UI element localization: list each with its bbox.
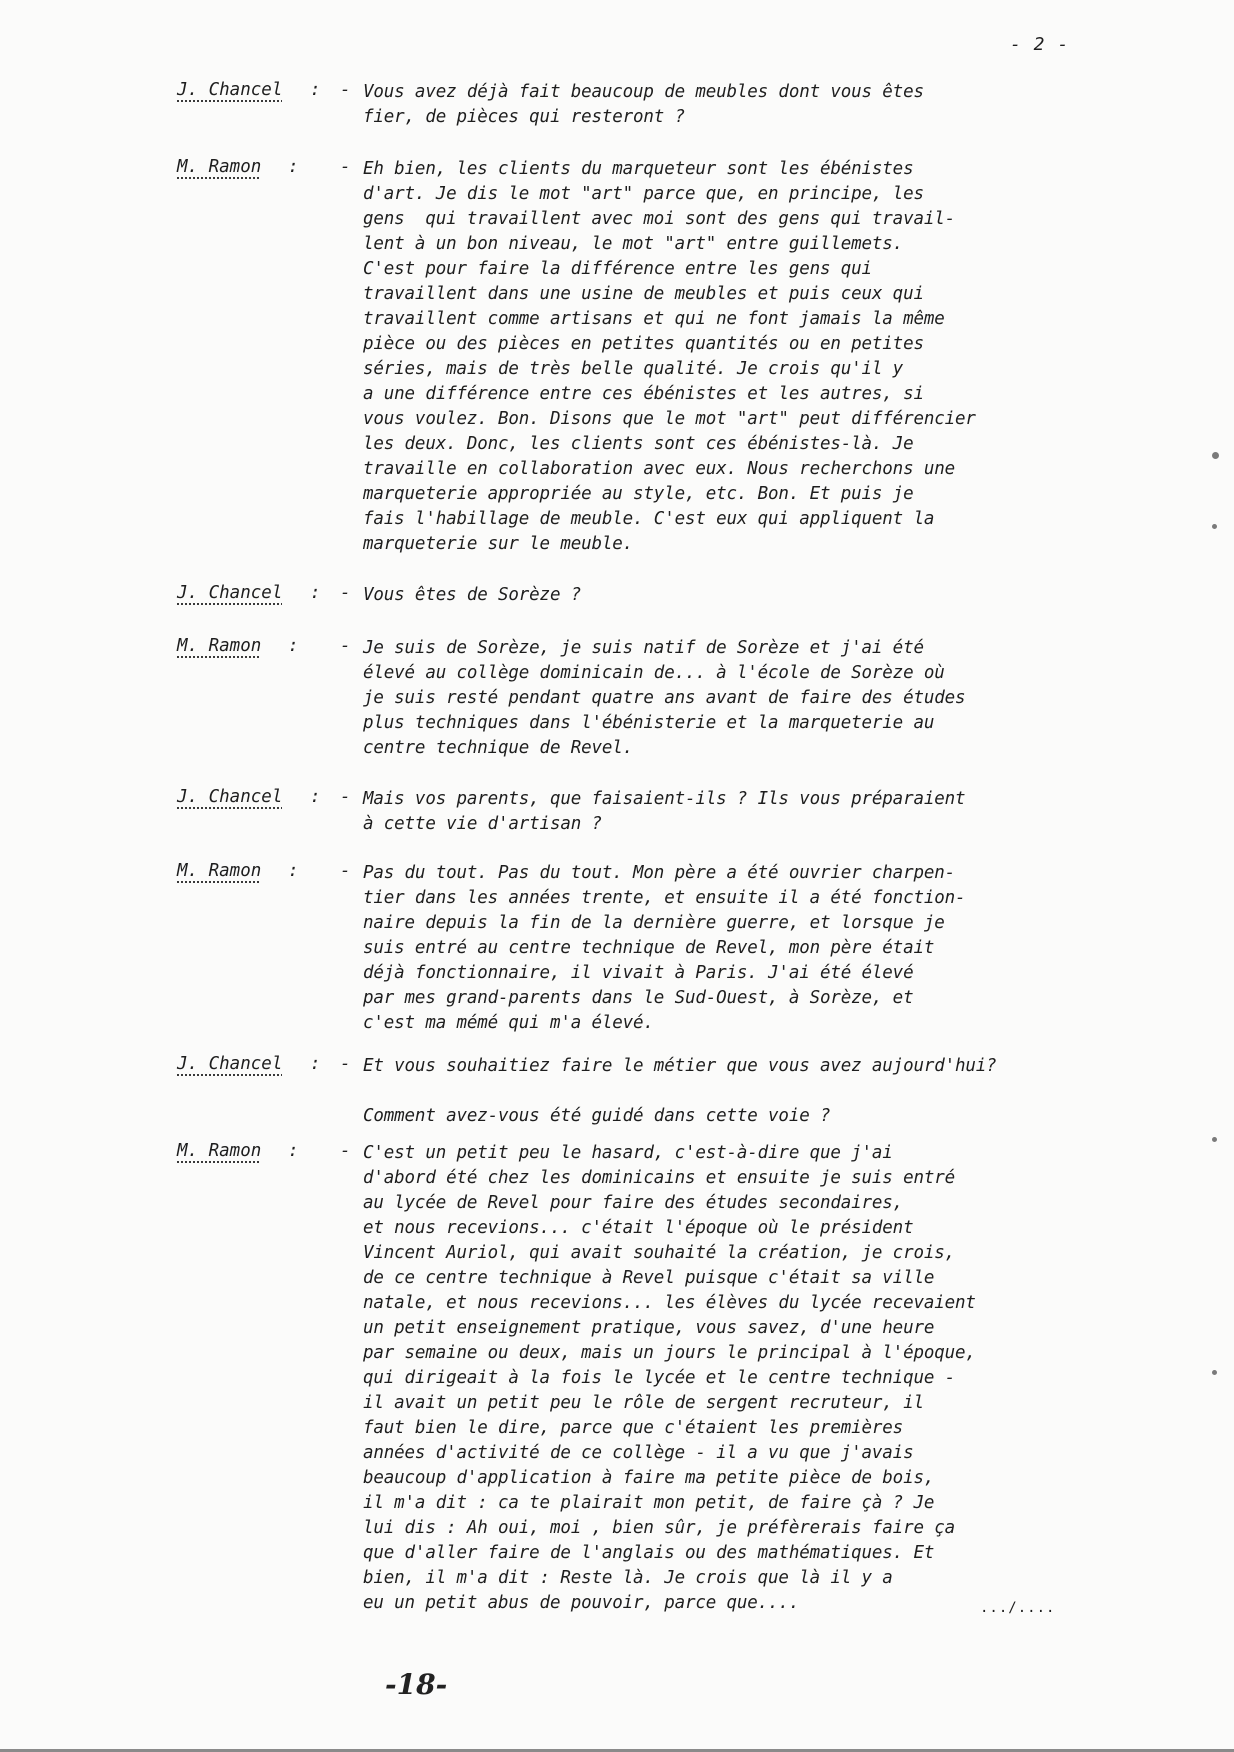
speech-line: Comment avez-vous été guidé dans cette v… <box>363 1104 997 1129</box>
speaker-label: J. Chancel <box>177 1054 282 1074</box>
speech-text: Pas du tout. Pas du tout. Mon père a été… <box>363 861 965 1036</box>
dialogue-dash: - <box>340 861 351 881</box>
speech-line: années d'activité de ce collège - il a v… <box>363 1441 976 1466</box>
speech-line: Eh bien, les clients du marqueteur sont … <box>363 157 976 182</box>
speech-line: par semaine ou deux, mais un jours le pr… <box>363 1341 976 1366</box>
speech-line: travaillent comme artisans et qui ne fon… <box>363 307 976 332</box>
speech-text: Vous avez déjà fait beaucoup de meubles … <box>363 80 924 130</box>
punch-hole-mark <box>1212 1370 1217 1375</box>
speech-line: Vincent Auriol, qui avait souhaité la cr… <box>363 1241 976 1266</box>
speaker-label: J. Chancel <box>177 583 282 603</box>
speech-line: faut bien le dire, parce que c'étaient l… <box>363 1416 976 1441</box>
speech-line: fais l'habillage de meuble. C'est eux qu… <box>363 507 976 532</box>
speech-line: Je suis de Sorèze, je suis natif de Sorè… <box>363 636 965 661</box>
speech-line: natale, et nous recevions... les élèves … <box>363 1291 976 1316</box>
punch-hole-mark <box>1212 452 1219 459</box>
speaker-label: J. Chancel <box>177 787 282 807</box>
speech-line: bien, il m'a dit : Reste là. Je crois qu… <box>363 1566 976 1591</box>
speech-line: il m'a dit : ca te plairait mon petit, d… <box>363 1491 976 1516</box>
speaker-label: M. Ramon <box>177 636 261 656</box>
speaker-separator: : <box>310 1054 321 1074</box>
speech-line: tier dans les années trente, et ensuite … <box>363 886 965 911</box>
speaker-separator: : <box>310 787 321 807</box>
speech-line: vous voulez. Bon. Disons que le mot "art… <box>363 407 976 432</box>
speech-line: plus techniques dans l'ébénisterie et la… <box>363 711 965 736</box>
speech-line: suis entré au centre technique de Revel,… <box>363 936 965 961</box>
speaker-label: M. Ramon <box>177 1141 261 1161</box>
speech-line: Pas du tout. Pas du tout. Mon père a été… <box>363 861 965 886</box>
speech-line: c'est ma mémé qui m'a élevé. <box>363 1011 965 1036</box>
dialogue-dash: - <box>340 80 351 100</box>
speech-text: Eh bien, les clients du marqueteur sont … <box>363 157 976 557</box>
dialogue-dash: - <box>340 157 351 177</box>
speech-line: je suis resté pendant quatre ans avant d… <box>363 686 965 711</box>
speaker-separator: : <box>288 157 299 177</box>
speech-text: Mais vos parents, que faisaient-ils ? Il… <box>363 787 965 837</box>
speech-line: Et vous souhaitiez faire le métier que v… <box>363 1054 997 1079</box>
speech-line: il avait un petit peu le rôle de sergent… <box>363 1391 976 1416</box>
speech-line: travaillent dans une usine de meubles et… <box>363 282 976 307</box>
speech-line: d'abord été chez les dominicains et ensu… <box>363 1166 976 1191</box>
speech-line: élevé au collège dominicain de... à l'éc… <box>363 661 965 686</box>
speech-line: au lycée de Revel pour faire des études … <box>363 1191 976 1216</box>
speech-text: Et vous souhaitiez faire le métier que v… <box>363 1054 997 1129</box>
speech-line: Vous avez déjà fait beaucoup de meubles … <box>363 80 924 105</box>
speech-line: que d'aller faire de l'anglais ou des ma… <box>363 1541 976 1566</box>
punch-hole-mark <box>1212 524 1217 529</box>
speech-line: les deux. Donc, les clients sont ces ébé… <box>363 432 976 457</box>
dialogue-dash: - <box>340 583 351 603</box>
speech-line: à cette vie d'artisan ? <box>363 812 965 837</box>
page-number: - 2 - <box>1010 34 1069 55</box>
speech-line: naire depuis la fin de la dernière guerr… <box>363 911 965 936</box>
speaker-separator: : <box>310 583 321 603</box>
speaker-separator: : <box>288 636 299 656</box>
speaker-label: M. Ramon <box>177 157 261 177</box>
speech-line: beaucoup d'application à faire ma petite… <box>363 1466 976 1491</box>
speech-line: déjà fonctionnaire, il vivait à Paris. J… <box>363 961 965 986</box>
speech-line: Vous êtes de Sorèze ? <box>363 583 581 608</box>
speech-line: de ce centre technique à Revel puisque c… <box>363 1266 976 1291</box>
speech-line: Mais vos parents, que faisaient-ils ? Il… <box>363 787 965 812</box>
speech-line: fier, de pièces qui resteront ? <box>363 105 924 130</box>
speech-line: a une différence entre ces ébénistes et … <box>363 382 976 407</box>
speaker-separator: : <box>310 80 321 100</box>
speech-line: eu un petit abus de pouvoir, parce que..… <box>363 1591 976 1616</box>
continued-marker: .../.... <box>980 1600 1055 1616</box>
dialogue-dash: - <box>340 1054 351 1074</box>
speech-line: centre technique de Revel. <box>363 736 965 761</box>
speech-line: gens qui travaillent avec moi sont des g… <box>363 207 976 232</box>
speech-line: séries, mais de très belle qualité. Je c… <box>363 357 976 382</box>
dialogue-dash: - <box>340 1141 351 1161</box>
speaker-label: M. Ramon <box>177 861 261 881</box>
speaker-label: J. Chancel <box>177 80 282 100</box>
dialogue-dash: - <box>340 636 351 656</box>
speaker-separator: : <box>288 861 299 881</box>
speech-line: travaille en collaboration avec eux. Nou… <box>363 457 976 482</box>
speech-line: lent à un bon niveau, le mot "art" entre… <box>363 232 976 257</box>
speech-line: pièce ou des pièces en petites quantités… <box>363 332 976 357</box>
speech-line: marqueterie appropriée au style, etc. Bo… <box>363 482 976 507</box>
speaker-separator: : <box>288 1141 299 1161</box>
punch-hole-mark <box>1212 1137 1217 1142</box>
dialogue-dash: - <box>340 787 351 807</box>
speech-line: C'est un petit peu le hasard, c'est-à-di… <box>363 1141 976 1166</box>
speech-line: lui dis : Ah oui, moi , bien sûr, je pré… <box>363 1516 976 1541</box>
speech-line: par mes grand-parents dans le Sud-Ouest,… <box>363 986 965 1011</box>
speech-text: Je suis de Sorèze, je suis natif de Sorè… <box>363 636 965 761</box>
speech-line: C'est pour faire la différence entre les… <box>363 257 976 282</box>
speech-line: qui dirigeait à la fois le lycée et le c… <box>363 1366 976 1391</box>
speech-line: et nous recevions... c'était l'époque où… <box>363 1216 976 1241</box>
speech-line: un petit enseignement pratique, vous sav… <box>363 1316 976 1341</box>
speech-line: marqueterie sur le meuble. <box>363 532 976 557</box>
speech-text: C'est un petit peu le hasard, c'est-à-di… <box>363 1141 976 1616</box>
speech-line <box>363 1079 997 1104</box>
speech-text: Vous êtes de Sorèze ? <box>363 583 581 608</box>
speech-line: d'art. Je dis le mot "art" parce que, en… <box>363 182 976 207</box>
handwritten-folio: -18- <box>385 1668 447 1701</box>
